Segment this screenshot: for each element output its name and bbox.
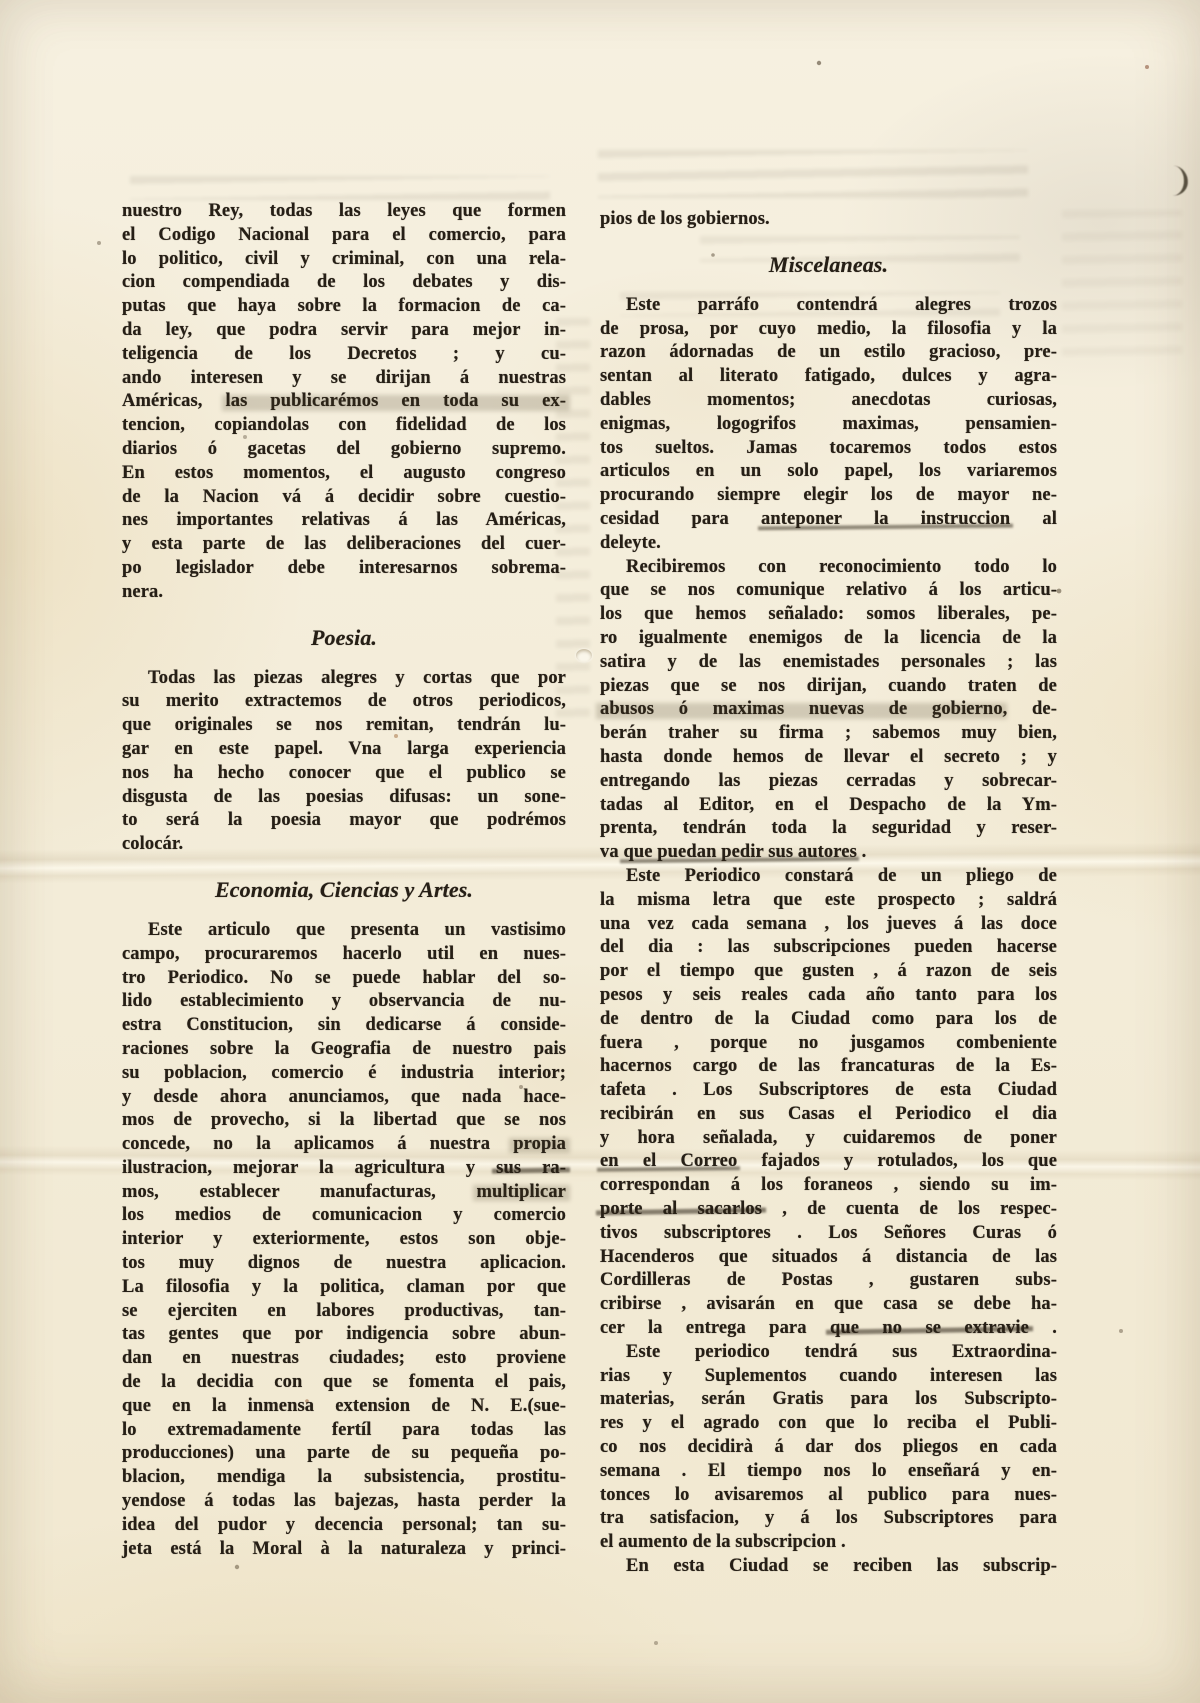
- text-line: Recibiremos con reconocimiento todo lo: [600, 556, 1057, 580]
- heading-poesia: Poesia.: [122, 624, 566, 652]
- text-line: nes importantes relativas á las Américas…: [122, 509, 566, 533]
- paragraph: Todas las piezas alegres y cortas que po…: [122, 667, 566, 857]
- text-line: y hora señalada, y cuidaremos de poner: [600, 1127, 1057, 1151]
- text-line: abusos ó maximas nuevas de gobierno, de-: [600, 698, 1057, 722]
- paper-hole: [576, 649, 592, 662]
- text-line: En esta Ciudad se reciben las subscrip-: [600, 1555, 1057, 1579]
- text-line: articulos en un solo papel, los variarem…: [600, 460, 1057, 484]
- document-page: nuestro Rey, todas las leyes que formene…: [0, 0, 1200, 1703]
- text-line: jeta está la Moral à la naturaleza y pri…: [122, 1538, 566, 1562]
- text-line: lido establecimiento y observancia de nu…: [122, 990, 566, 1014]
- text-line: dan en nuestras ciudades; esto proviene: [122, 1347, 566, 1371]
- ink-mark: [1166, 165, 1189, 197]
- text-line: enigmas, logogrifos maximas, pensamien-: [600, 413, 1057, 437]
- text-line: cesidad para anteponer la instruccion al: [600, 508, 1057, 532]
- text-line: tas gentes que por indigencia sobre abun…: [122, 1323, 566, 1347]
- text-line: pesos y seis reales cada año tanto para …: [600, 984, 1057, 1008]
- text-line: tos sueltos. Jamas tocaremos todos estos: [600, 437, 1057, 461]
- text-line: pios de los gobiernos.: [600, 208, 1057, 232]
- text-line: berán traher su firma ; sabemos muy bien…: [600, 722, 1057, 746]
- text-line: dables momentos; anecdotas curiosas,: [600, 389, 1057, 413]
- text-line: idea del pudor y decencia personal; tan …: [122, 1514, 566, 1538]
- text-line: La filosofia y la politica, claman por q…: [122, 1276, 566, 1300]
- text-line: Todas las piezas alegres y cortas que po…: [122, 667, 566, 691]
- text-line: tro Periodico. No se puede hablar del so…: [122, 967, 566, 991]
- text-line: el Codigo Nacional para el comercio, par…: [122, 224, 566, 248]
- text-line: diarios ó gacetas del gobierno supremo.: [122, 438, 566, 462]
- text-line: interior y exteriormente, estos son obje…: [122, 1228, 566, 1252]
- paragraph: pios de los gobiernos.: [600, 208, 1057, 232]
- text-line: teligencia de los Decretos ; y cu-: [122, 343, 566, 367]
- ink-mark: que no se extravie: [830, 1318, 1029, 1338]
- paragraph: Este parráfo contendrá alegres trozosde …: [600, 294, 1057, 556]
- text-line: ando interesen y se dirijan á nuestras: [122, 367, 566, 391]
- text-line: estra Constitucion, sin dedicarse á cons…: [122, 1014, 566, 1038]
- text-line: de dentro de la Ciudad como para los de: [600, 1008, 1057, 1032]
- bleedthrough-smudge: [1062, 210, 1182, 360]
- text-line: da ley, que podra servir para mejor in-: [122, 319, 566, 343]
- text-line: hasta donde hemos de llevar el secreto ;…: [600, 746, 1057, 770]
- ink-mark: propia: [513, 1134, 566, 1154]
- text-line: Américas, las publicarémos en toda su ex…: [122, 390, 566, 414]
- text-line: yendose á todas las bajezas, hasta perde…: [122, 1490, 566, 1514]
- text-line: fuera , porque no jusgamos combeniente: [600, 1032, 1057, 1056]
- text-line: hacernos cargo de las francaturas de la …: [600, 1055, 1057, 1079]
- text-line: que en la inmensa extension de N. E.(sue…: [122, 1395, 566, 1419]
- text-line: que se nos comunique relativo á los arti…: [600, 579, 1057, 603]
- text-line: de prosa, por cuyo medio, la filosofia y…: [600, 318, 1057, 342]
- text-line: rias y Suplementos cuando interesen las: [600, 1365, 1057, 1389]
- text-line: putas que haya sobre la formacion de ca-: [122, 295, 566, 319]
- ink-mark: en el Correo: [600, 1151, 737, 1171]
- bleedthrough-smudge: [130, 176, 550, 200]
- text-line: porte al sacarlos , de cuenta de los res…: [600, 1198, 1057, 1222]
- text-line: que originales se nos remitan, tendrán l…: [122, 714, 566, 738]
- text-line: Este periodico tendrá sus Extraordina-: [600, 1341, 1057, 1365]
- ink-mark: que puedan pedir sus autores: [623, 842, 856, 862]
- text-line: razon ádornadas de un estilo gracioso, p…: [600, 341, 1057, 365]
- text-line: su merito extractemos de otros periodico…: [122, 690, 566, 714]
- paragraph: Este periodico tendrá sus Extraordina-ri…: [600, 1341, 1057, 1555]
- text-line: tos muy dignos de nuestra aplicacion.: [122, 1252, 566, 1276]
- text-line: producciones) una parte de su pequeña po…: [122, 1442, 566, 1466]
- text-line: recibirán en sus Casas el Periodico el d…: [600, 1103, 1057, 1127]
- text-line: satira y de las enemistades personales ;…: [600, 651, 1057, 675]
- text-line: nos ha hecho conocer que el publico se: [122, 762, 566, 786]
- text-line: cribirse , avisarán en que casa se debe …: [600, 1293, 1057, 1317]
- text-line: nuestro Rey, todas las leyes que formen: [122, 200, 566, 224]
- text-line: Este articulo que presenta un vastisimo: [122, 919, 566, 943]
- ink-mark: multiplicar: [477, 1182, 566, 1202]
- text-line: entregando las piezas cerradas y sobreca…: [600, 770, 1057, 794]
- text-line: Cordilleras de Postas , gustaren subs-: [600, 1269, 1057, 1293]
- ink-mark: sus ra-: [496, 1158, 566, 1178]
- heading-economia: Economia, Ciencias y Artes.: [122, 876, 566, 904]
- text-line: materias, serán Gratis para los Subscrip…: [600, 1388, 1057, 1412]
- left-column: nuestro Rey, todas las leyes que formene…: [122, 200, 566, 1561]
- paragraph: Este Periodico constará de un pliego del…: [600, 865, 1057, 1341]
- text-line: en el Correo fajados y rotulados, los qu…: [600, 1150, 1057, 1174]
- text-line: se ejerciten en labores productivas, tan…: [122, 1300, 566, 1324]
- text-line: tivos subscriptores . Los Señores Curas …: [600, 1222, 1057, 1246]
- text-line: po legislador debe interesarnos sobrema-: [122, 557, 566, 581]
- text-line: prenta, tendrán toda la seguridad y rese…: [600, 817, 1057, 841]
- text-line: y desde ahora anunciamos, que nada hace-: [122, 1086, 566, 1110]
- text-line: por el tiempo que gusten , á razon de se…: [600, 960, 1057, 984]
- text-line: co nos decidirà á dar dos pliegos en cad…: [600, 1436, 1057, 1460]
- text-line: los que hemos señalado: somos liberales,…: [600, 603, 1057, 627]
- text-line: tadas al Editor, en el Despacho de la Ym…: [600, 794, 1057, 818]
- text-line: y esta parte de las deliberaciones del c…: [122, 533, 566, 557]
- text-line: correspondan á los foraneos , siendo su …: [600, 1174, 1057, 1198]
- text-line: Hacenderos que situados á distancia de l…: [600, 1246, 1057, 1270]
- text-line: En estos momentos, el augusto congreso: [122, 462, 566, 486]
- text-line: mos, establecer manufacturas, multiplica…: [122, 1181, 566, 1205]
- text-line: nera.: [122, 581, 566, 605]
- ink-mark: anteponer la instruccion: [761, 509, 1010, 529]
- text-line: cer la entrega para que no se extravie .: [600, 1317, 1057, 1341]
- text-line: semana . El tiempo nos lo enseñará y en-: [600, 1460, 1057, 1484]
- text-line: una vez cada semana , los jueves á las d…: [600, 913, 1057, 937]
- text-line: de la Nacion vá á decidir sobre cuestio-: [122, 486, 566, 510]
- text-line: de la decidia con que se fomenta el pais…: [122, 1371, 566, 1395]
- text-line: campo, procuraremos hacerlo util en nues…: [122, 943, 566, 967]
- text-line: el aumento de la subscripcion .: [600, 1531, 1057, 1555]
- right-column: pios de los gobiernos.Miscelaneas.Este p…: [600, 208, 1057, 1579]
- text-line: concede, no la aplicamos á nuestra propi…: [122, 1133, 566, 1157]
- text-line: va que puedan pedir sus autores .: [600, 841, 1057, 865]
- text-line: lo extremadamente fertíl para todas las: [122, 1419, 566, 1443]
- text-line: tonces lo avisaremos al publico para nue…: [600, 1484, 1057, 1508]
- ink-mark: abusos ó maximas nuevas de gobierno: [600, 699, 1003, 719]
- paragraph: nuestro Rey, todas las leyes que formene…: [122, 200, 566, 605]
- ink-mark: porte al sacarlos: [600, 1199, 762, 1219]
- text-line: blacion, mendiga la subsistencia, prosti…: [122, 1466, 566, 1490]
- text-line: ro igualmente enemigos de la licencia de…: [600, 627, 1057, 651]
- text-line: sentan al literato fatigado, dulces y ag…: [600, 365, 1057, 389]
- text-line: la misma letra que este prospecto ; sald…: [600, 889, 1057, 913]
- paragraph: En esta Ciudad se reciben las subscrip-: [600, 1555, 1057, 1579]
- text-line: piezas que se nos dirijan, cuando traten…: [600, 675, 1057, 699]
- paper-specks: [0, 0, 2, 2]
- text-line: tra satisfacion, y á los Subscriptores p…: [600, 1507, 1057, 1531]
- text-line: res y el agrado con que lo reciba el Pub…: [600, 1412, 1057, 1436]
- text-line: Este parráfo contendrá alegres trozos: [600, 294, 1057, 318]
- text-line: tafeta . Los Subscriptores de esta Ciuda…: [600, 1079, 1057, 1103]
- text-line: to será la poesia mayor que podrémos: [122, 809, 566, 833]
- text-line: los medios de comunicacion y comercio: [122, 1204, 566, 1228]
- text-line: del dia : las subscripciones pueden hace…: [600, 936, 1057, 960]
- text-line: tencion, copiandolas con fidelidad de lo…: [122, 414, 566, 438]
- paragraph: Este articulo que presenta un vastisimoc…: [122, 919, 566, 1562]
- text-line: Este Periodico constará de un pliego de: [600, 865, 1057, 889]
- heading-miscelaneas: Miscelaneas.: [600, 251, 1057, 279]
- bleedthrough-smudge: [598, 150, 1028, 198]
- text-line: ilustracion, mejorar la agricultura y su…: [122, 1157, 566, 1181]
- ink-mark: las publicarémos en toda su ex-: [226, 391, 567, 411]
- text-line: procurando siempre elegir los de mayor n…: [600, 484, 1057, 508]
- text-line: mos de provecho, si la libertad que se n…: [122, 1109, 566, 1133]
- text-line: disgusta de las poesias difusas: un sone…: [122, 786, 566, 810]
- text-line: deleyte.: [600, 532, 1057, 556]
- text-line: lo politico, civil y criminal, con una r…: [122, 248, 566, 272]
- text-line: gar en este papel. Vna larga experiencia: [122, 738, 566, 762]
- paragraph: Recibiremos con reconocimiento todo loqu…: [600, 556, 1057, 865]
- text-line: raciones sobre la Geografia de nuestro p…: [122, 1038, 566, 1062]
- text-line: su poblacion, comercio é industria inter…: [122, 1062, 566, 1086]
- text-line: cion compendiada de los debates y dis-: [122, 271, 566, 295]
- text-line: colocár.: [122, 833, 566, 857]
